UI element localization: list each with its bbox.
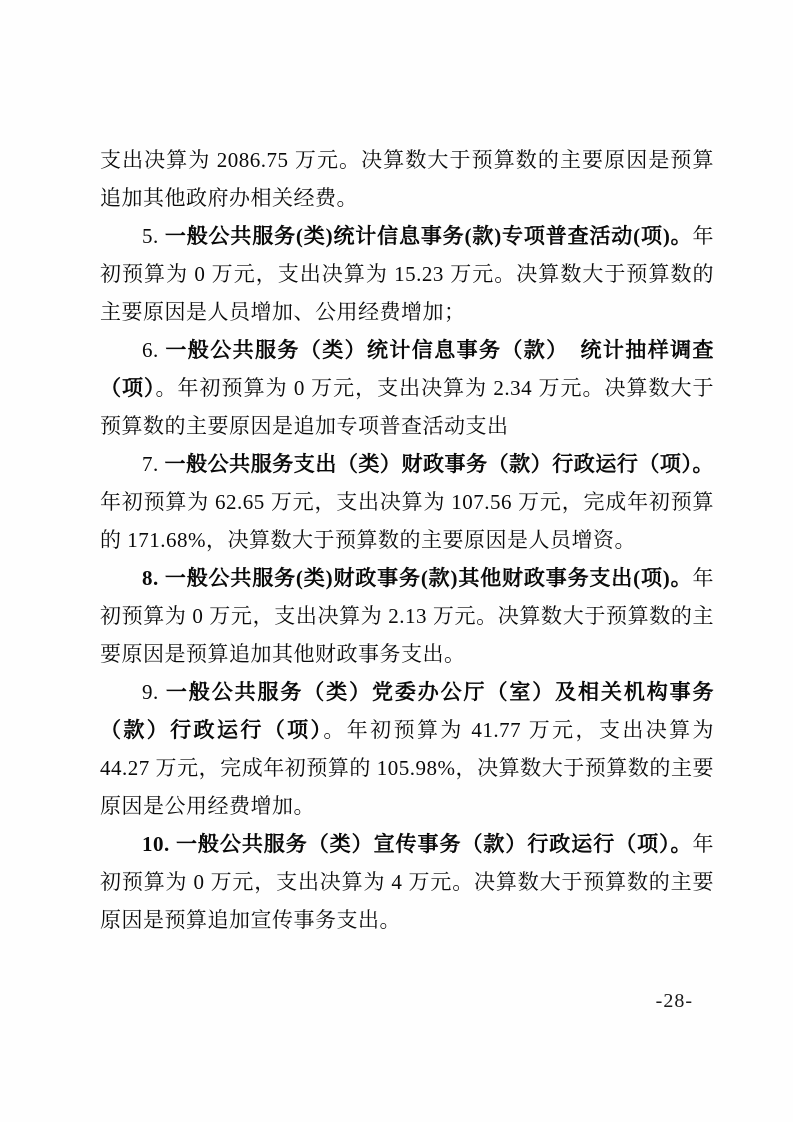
text-segment: 7.	[142, 452, 165, 476]
text-segment: 5.	[142, 224, 165, 248]
document-content: 支出决算为 2086.75 万元。决算数大于预算数的主要原因是预算追加其他政府办…	[100, 141, 714, 939]
heading-segment: 8. 一般公共服务(类)财政事务(款)其他财政事务支出(项)。	[142, 566, 693, 590]
para-item-7: 7. 一般公共服务支出（类）财政事务（款）行政运行（项）。年初预算为 62.65…	[100, 445, 714, 559]
heading-segment: 一般公共服务(类)统计信息事务(款)专项普查活动(项)。	[165, 224, 693, 248]
text-segment: 年初预算为 62.65 万元，支出决算为 107.56 万元，完成年初预算的 1…	[100, 490, 714, 552]
para-continuation: 支出决算为 2086.75 万元。决算数大于预算数的主要原因是预算追加其他政府办…	[100, 141, 714, 217]
text-segment: 。年初预算为 0 万元，支出决算为 2.34 万元。决算数大于预算数的主要原因是…	[100, 376, 714, 438]
document-page: 支出决算为 2086.75 万元。决算数大于预算数的主要原因是预算追加其他政府办…	[0, 0, 793, 1122]
para-item-5: 5. 一般公共服务(类)统计信息事务(款)专项普查活动(项)。年初预算为 0 万…	[100, 217, 714, 331]
heading-segment: 一般公共服务支出（类）财政事务（款）行政运行（项）。	[165, 452, 714, 476]
para-item-6: 6. 一般公共服务（类）统计信息事务（款） 统计抽样调查（项）。年初预算为 0 …	[100, 331, 714, 445]
para-item-8: 8. 一般公共服务(类)财政事务(款)其他财政事务支出(项)。年初预算为 0 万…	[100, 559, 714, 673]
heading-segment: 10. 一般公共服务（类）宣传事务（款）行政运行（项）。	[142, 832, 693, 856]
text-segment: 9.	[142, 680, 166, 704]
text-segment: 支出决算为 2086.75 万元。决算数大于预算数的主要原因是预算追加其他政府办…	[100, 148, 714, 210]
page-number: -28-	[656, 989, 693, 1013]
para-item-10: 10. 一般公共服务（类）宣传事务（款）行政运行（项）。年初预算为 0 万元，支…	[100, 825, 714, 939]
para-item-9: 9. 一般公共服务（类）党委办公厅（室）及相关机构事务（款）行政运行（项）。年初…	[100, 673, 714, 825]
text-segment: 6.	[142, 338, 165, 362]
